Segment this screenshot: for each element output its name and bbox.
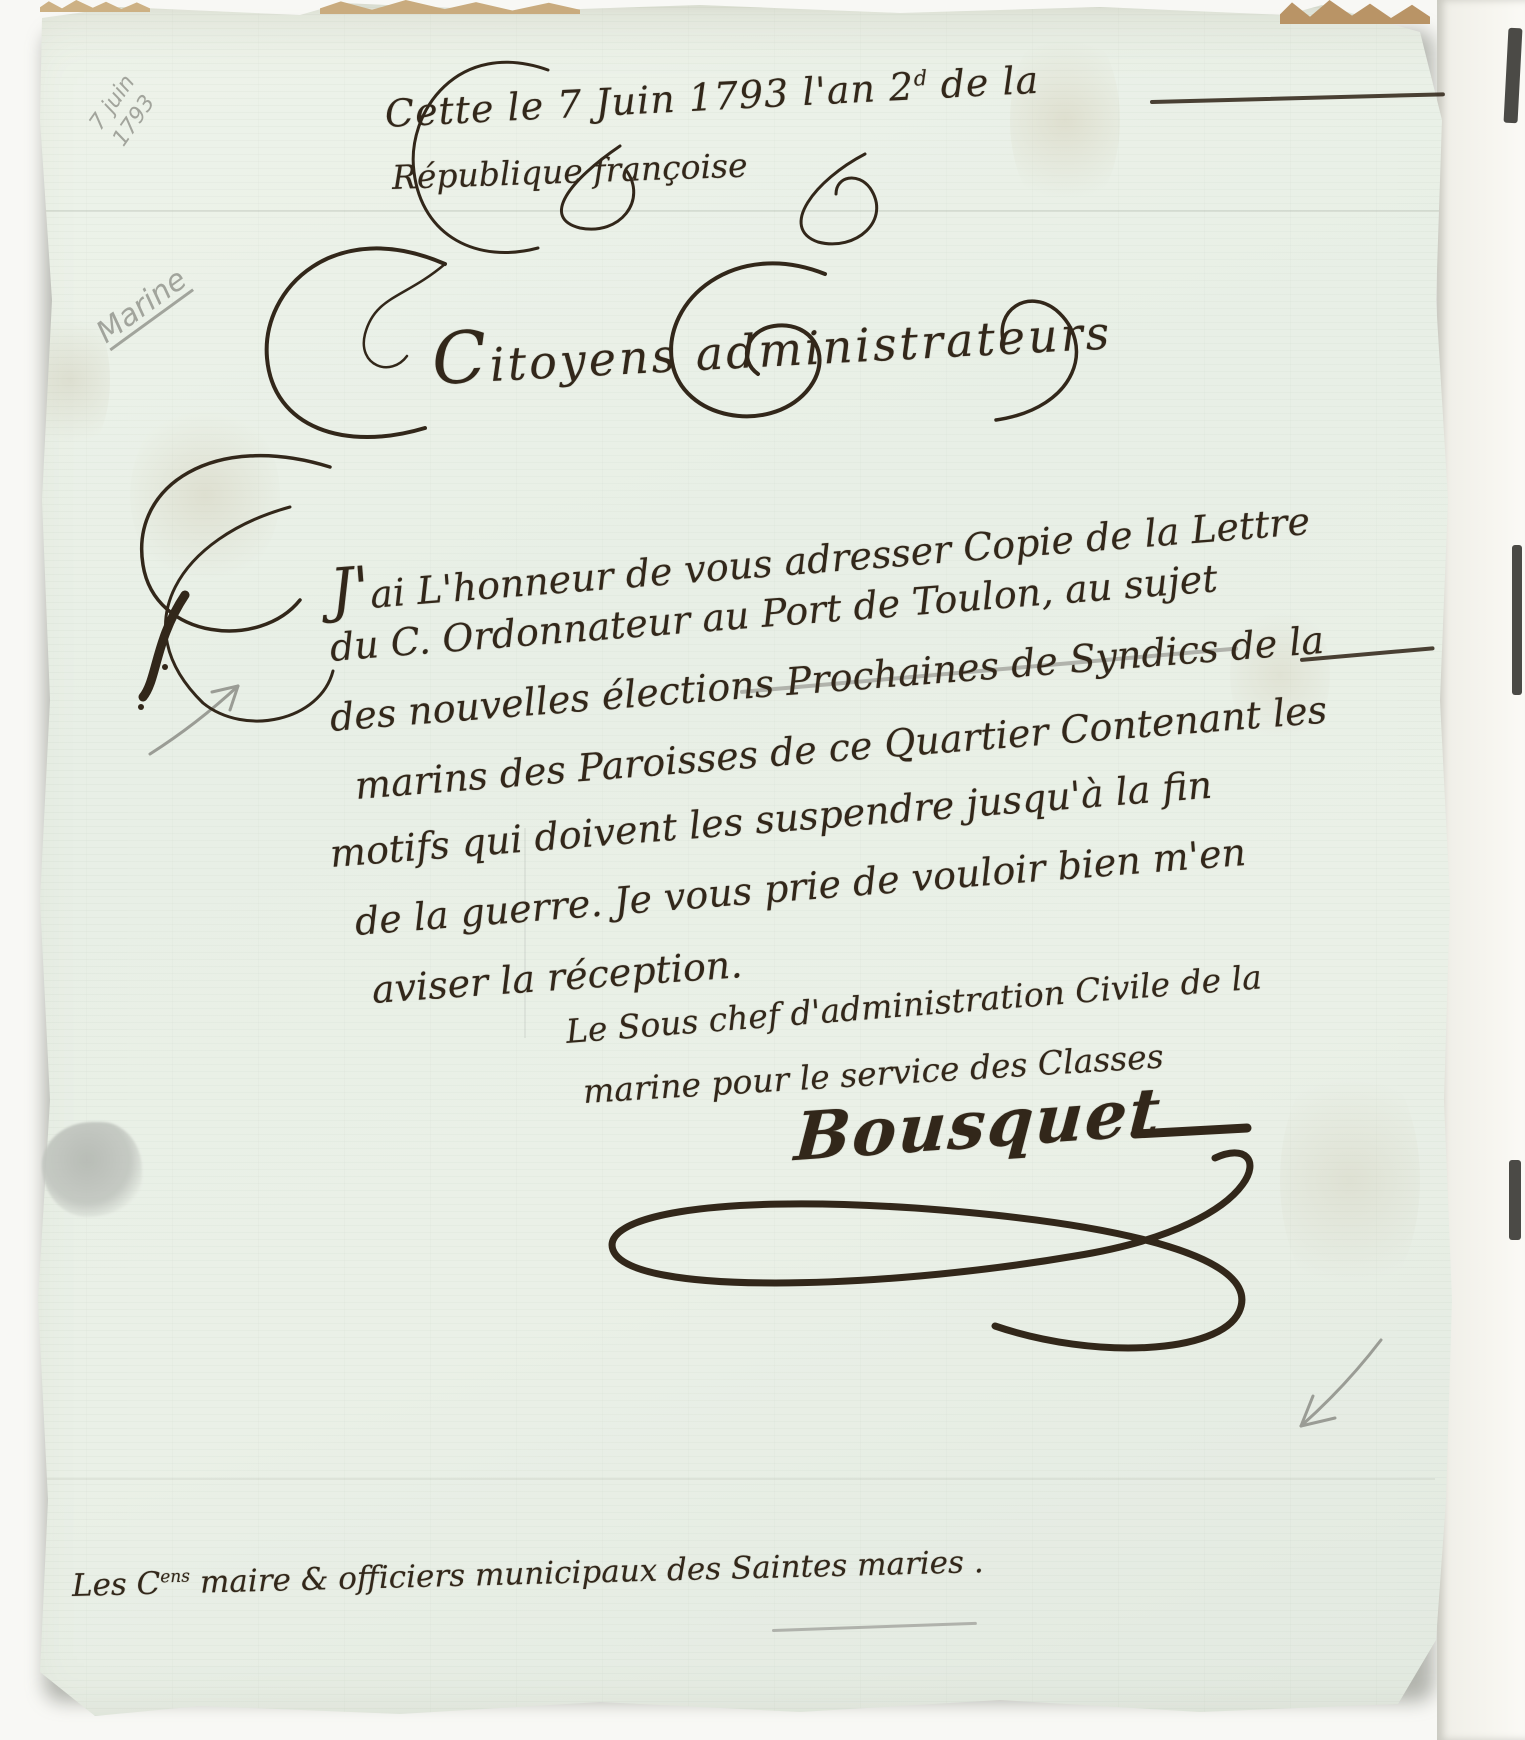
scanned-letter-page: { "document": { "kind": "handwritten let… bbox=[0, 0, 1525, 1740]
body-capital-flourish bbox=[85, 445, 360, 740]
adjacent-sheet-edge bbox=[1437, 0, 1525, 1740]
dateline-text-rest: de la bbox=[926, 58, 1040, 108]
address-superscript: ens bbox=[160, 1567, 190, 1588]
header-descender-loop bbox=[770, 150, 900, 250]
scan-edge-dark-sliver bbox=[1509, 1160, 1521, 1240]
scan-edge-dark-sliver bbox=[1512, 545, 1522, 695]
torn-paper-edge bbox=[1280, 0, 1430, 24]
fold-crease bbox=[35, 210, 1440, 212]
fold-crease bbox=[35, 1478, 1435, 1480]
torn-paper-edge bbox=[320, 0, 580, 14]
grey-stain bbox=[42, 1122, 142, 1217]
torn-paper-edge bbox=[40, 0, 150, 12]
signature-paraph-flourish bbox=[575, 1128, 1285, 1363]
pencil-arrow-down-left-icon bbox=[1283, 1332, 1393, 1437]
address-prefix: Les C bbox=[72, 1566, 161, 1604]
